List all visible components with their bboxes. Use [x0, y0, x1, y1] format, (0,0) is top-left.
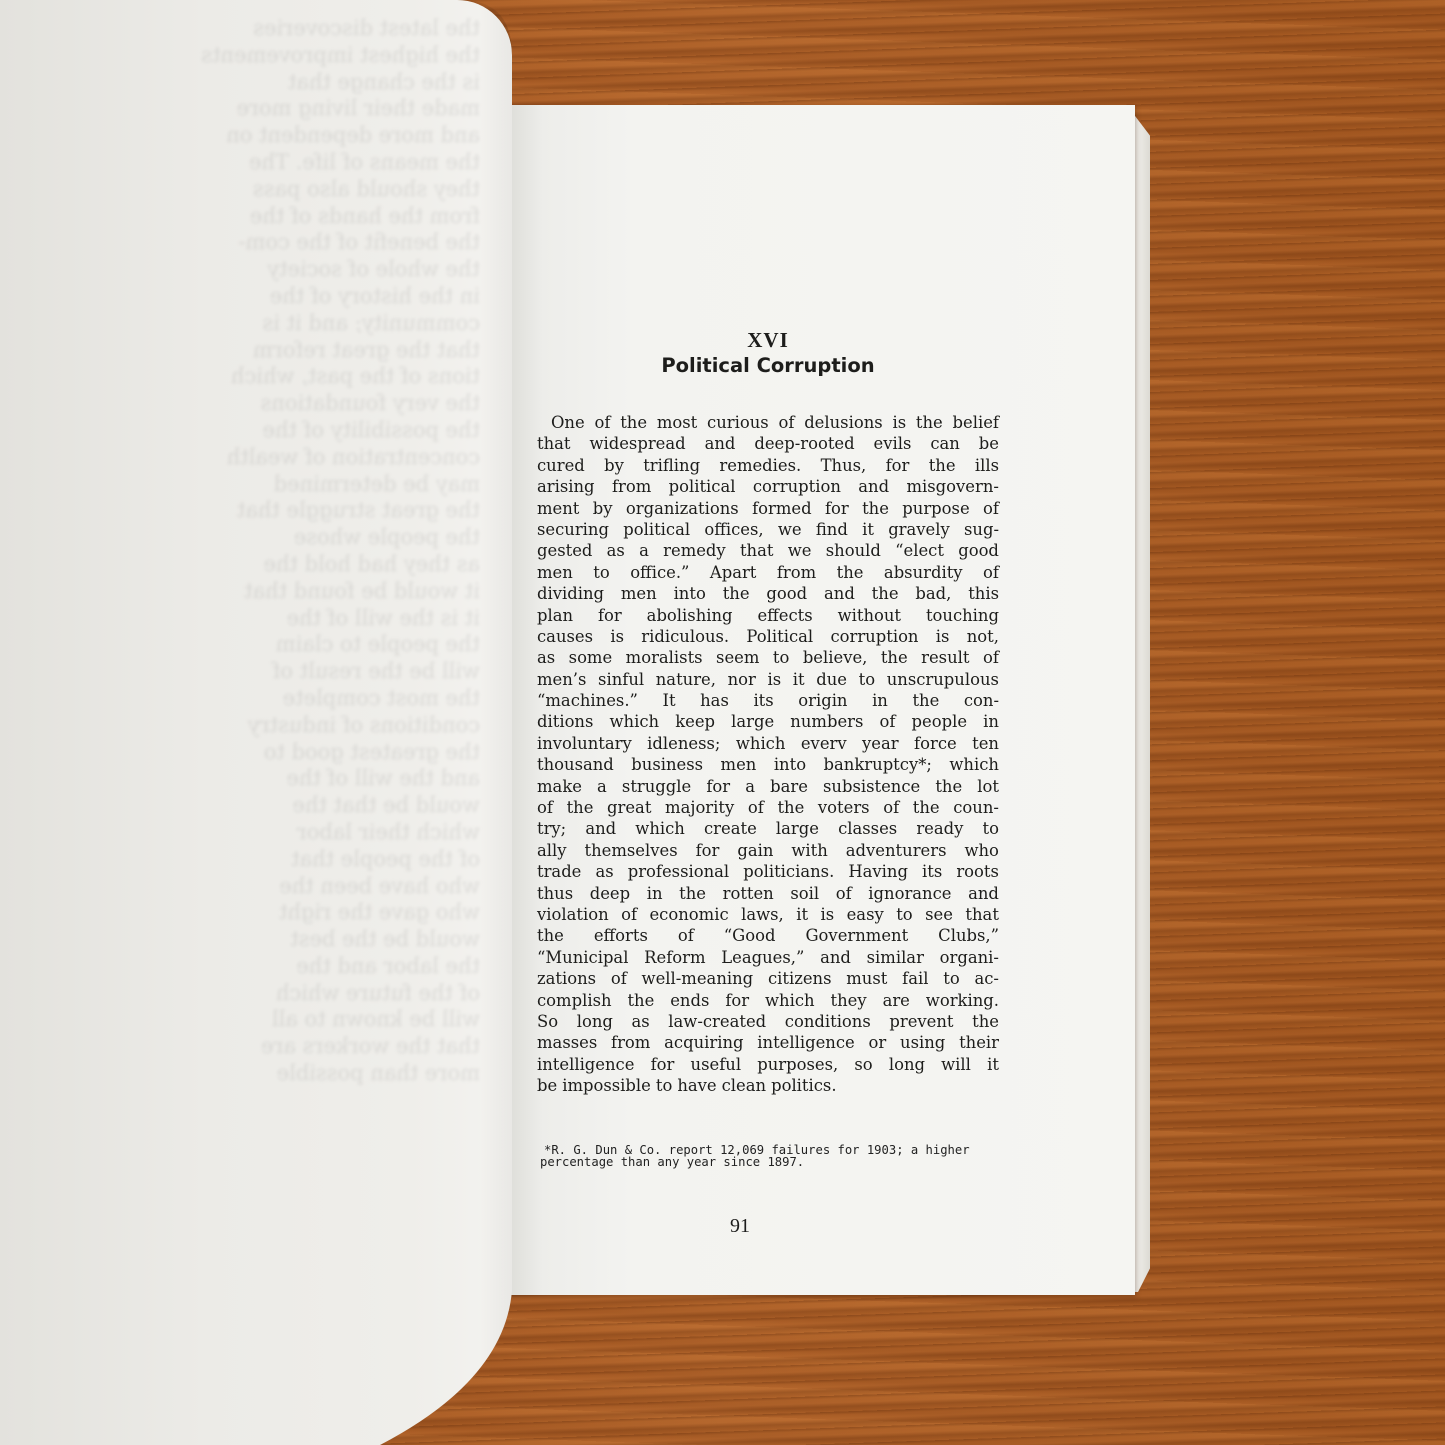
- body-line: planforabolishingeffectswithouttouching: [537, 605, 999, 626]
- body-line: makeastruggleforabaresubsistencethelot: [537, 776, 999, 797]
- body-line: theeffortsof“GoodGovernmentClubs,”: [537, 925, 999, 946]
- body-line: thusdeepintherottensoilofignoranceand: [537, 883, 999, 904]
- body-line: ditionswhichkeeplargenumbersofpeoplein: [537, 711, 999, 732]
- body-line: “machines.”Ithasitsorigininthecon-: [537, 690, 999, 711]
- body-line: curedbytriflingremedies.Thus,fortheills: [537, 455, 999, 476]
- left-page[interactable]: the latest discoveries the highest impro…: [0, 0, 512, 1445]
- body-line: arisingfrompoliticalcorruptionandmisgove…: [537, 476, 999, 497]
- body-line: violationofeconomiclaws,itiseasytoseetha…: [537, 904, 999, 925]
- body-line: mentbyorganizationsformedforthepurposeof: [537, 498, 999, 519]
- body-line: thousandbusinessmenintobankruptcy*;which: [537, 754, 999, 775]
- chapter-title: Political Corruption: [537, 354, 999, 380]
- body-line: mentooffice.”Apartfromtheabsurdityof: [537, 562, 999, 583]
- footnote-line: percentage than any year since 1897.: [540, 1157, 990, 1169]
- body-line: zationsofwell-meaningcitizensmustfailtoa…: [537, 968, 999, 989]
- body-line: securingpoliticaloffices,wefinditgravely…: [537, 519, 999, 540]
- body-line: ofthegreatmajorityofthevotersofthecoun-: [537, 797, 999, 818]
- footnote: *R. G. Dun & Co. report 12,069 failures …: [540, 1145, 990, 1168]
- body-text: Oneofthemostcuriousofdelusionsisthebelie…: [537, 412, 999, 1097]
- body-line: “MunicipalReformLeagues,”andsimilarorgan…: [537, 947, 999, 968]
- body-line: Solongaslaw-createdconditionspreventthe: [537, 1011, 999, 1032]
- body-line: massesfromacquiringintelligenceorusingth…: [537, 1032, 999, 1053]
- body-line: tradeasprofessionalpoliticians.Havingits…: [537, 861, 999, 882]
- body-line: try;andwhichcreatelargeclassesreadyto: [537, 818, 999, 839]
- body-line: assomemoralistsseemtobelieve,theresultof: [537, 647, 999, 668]
- left-page-showthrough-text: the latest discoveries the highest impro…: [140, 15, 480, 1295]
- body-line: men’ssinfulnature,norisitduetounscrupulo…: [537, 669, 999, 690]
- chapter-number: XVI: [537, 328, 999, 352]
- body-line: thatwidespreadanddeep-rootedevilscanbe: [537, 433, 999, 454]
- body-line: intelligenceforusefulpurposes,solongwill…: [537, 1054, 999, 1075]
- page-content: XVI Political Corruption Oneofthemostcur…: [537, 300, 999, 1097]
- body-line: complishtheendsforwhichtheyareworking.: [537, 990, 999, 1011]
- body-line: causesisridiculous.Politicalcorruptionis…: [537, 626, 999, 647]
- body-line: beimpossibletohavecleanpolitics.: [537, 1075, 999, 1096]
- body-line: dividingmenintothegoodandthebad,this: [537, 583, 999, 604]
- body-line: involuntaryidleness;whichevervyearforcet…: [537, 733, 999, 754]
- body-line: Oneofthemostcuriousofdelusionsisthebelie…: [537, 412, 999, 433]
- body-line: allythemselvesforgainwithadventurerswho: [537, 840, 999, 861]
- page-number: 91: [700, 1215, 780, 1238]
- body-line: gestedasaremedythatweshould“electgood: [537, 540, 999, 561]
